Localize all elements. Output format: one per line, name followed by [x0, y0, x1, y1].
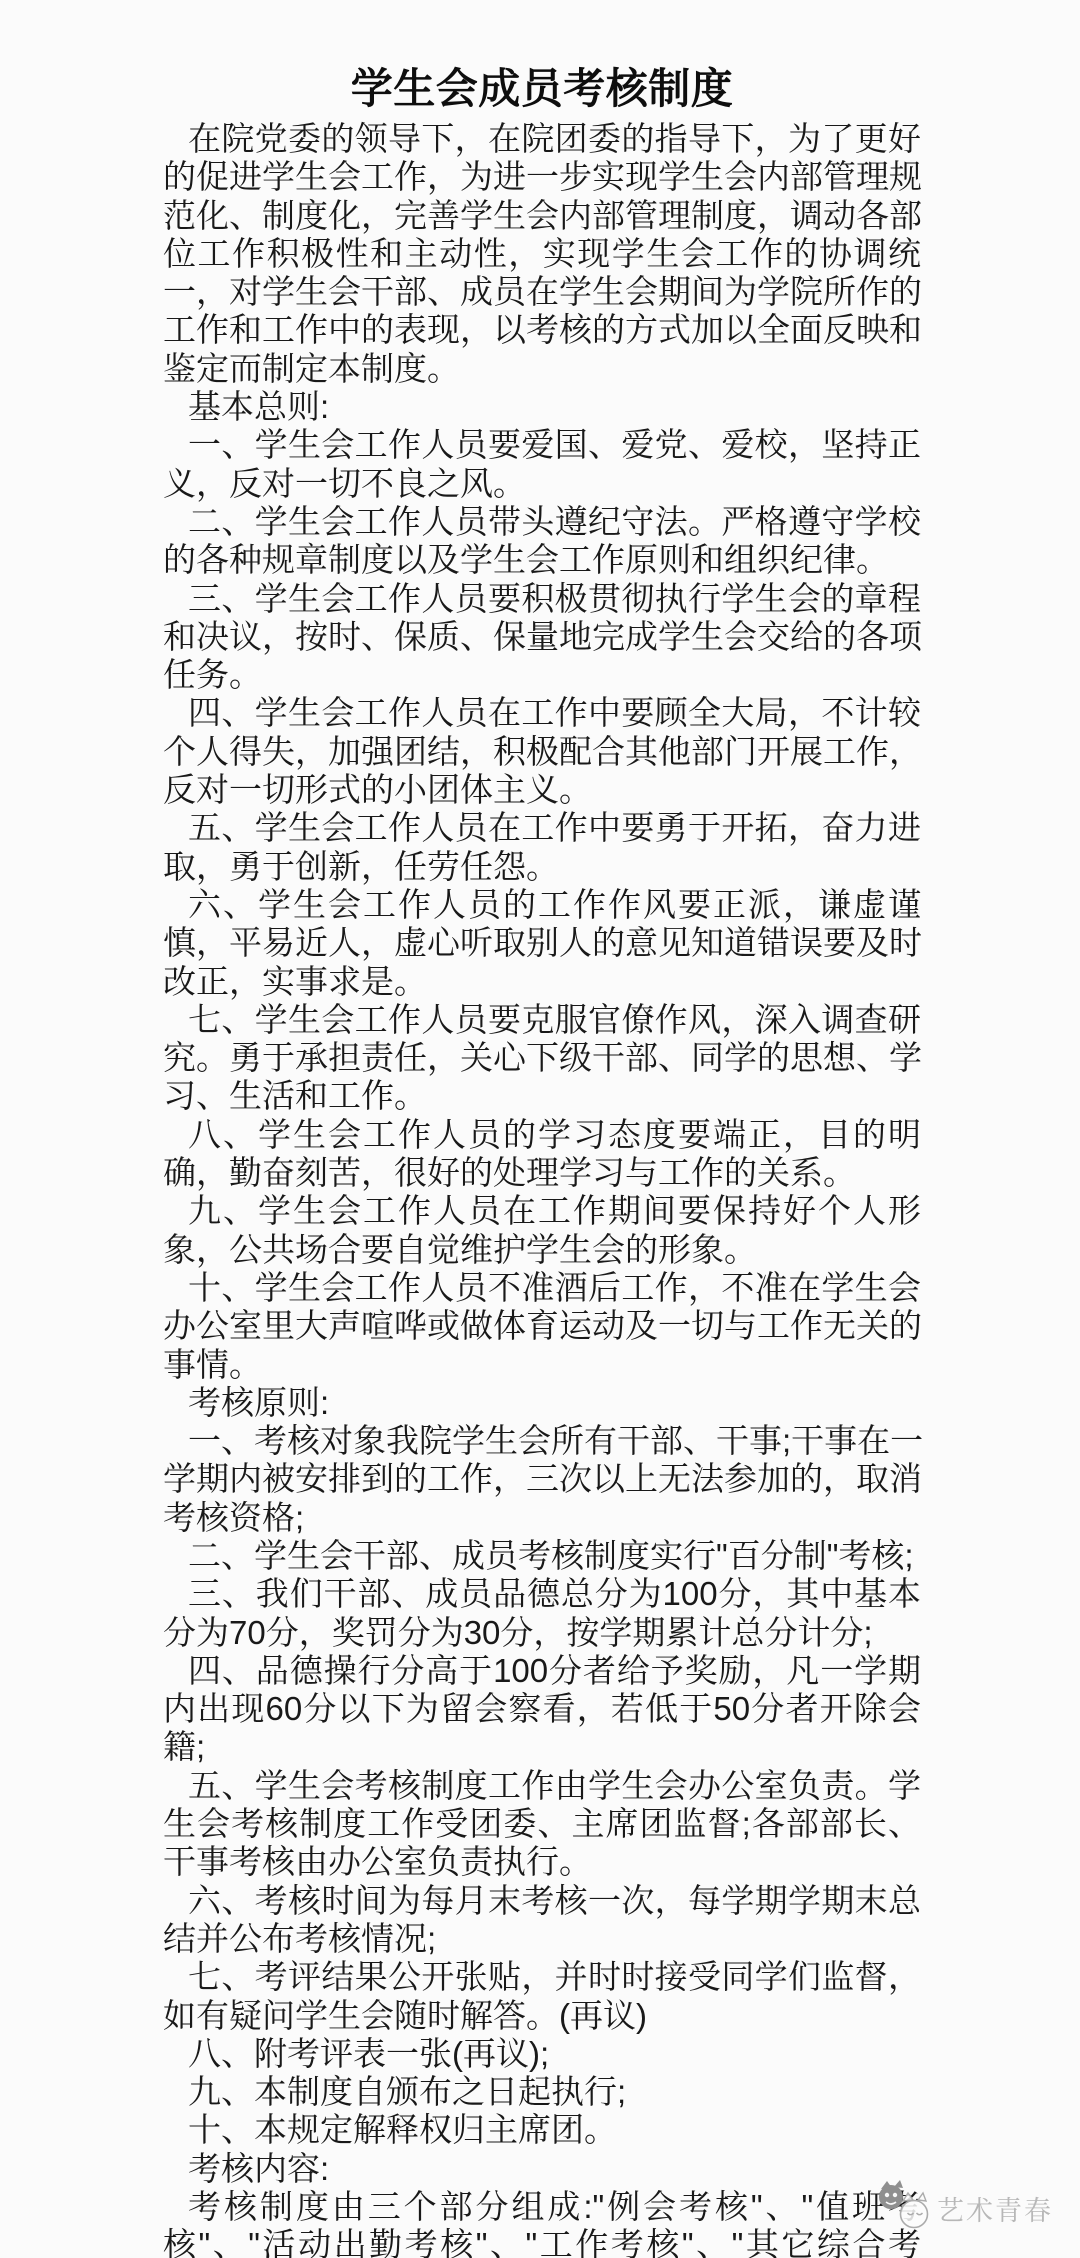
text-line: 一，对学生会干部、成员在学生会期间为学院所作的 [163, 273, 921, 311]
text-line: 干事考核由办公室负责执行。 [163, 1843, 921, 1881]
text-line: 义，反对一切不良之风。 [163, 465, 921, 503]
text-line: 四、学生会工作人员在工作中要顾全大局，不计较 [163, 694, 921, 732]
text-line: 四、品德操行分高于100分者给予奖励，凡一学期 [163, 1652, 921, 1690]
watermark-label: 艺术青春 [937, 2189, 1053, 2228]
text-line: 考核内容: [163, 2150, 921, 2188]
text-line: 三、我们干部、成员品德总分为100分，其中基本 [163, 1575, 921, 1613]
text-line: 一、考核对象我院学生会所有干部、干事;干事在一 [163, 1422, 921, 1460]
text-line: 慎，平易近人，虚心听取别人的意见知道错误要及时 [163, 924, 921, 962]
text-line: 一、学生会工作人员要爱国、爱党、爱校，坚持正 [163, 426, 921, 464]
text-line: 象，公共场合要自觉维护学生会的形象。 [163, 1231, 921, 1269]
text-line: 工作和工作中的表现，以考核的方式加以全面反映和 [163, 311, 921, 349]
text-line: 位工作积极性和主动性，实现学生会工作的协调统 [163, 235, 921, 273]
text-line: 六、考核时间为每月末考核一次，每学期学期末总 [163, 1882, 921, 1920]
text-line: 事情。 [163, 1346, 921, 1384]
text-line: 的促进学生会工作，为进一步实现学生会内部管理规 [163, 158, 921, 196]
document-body: 在院党委的领导下，在院团委的指导下，为了更好的促进学生会工作，为进一步实现学生会… [163, 120, 921, 2258]
text-line: 十、学生会工作人员不准酒后工作，不准在学生会 [163, 1269, 921, 1307]
text-line: 如有疑问学生会随时解答。(再议) [163, 1997, 921, 2035]
text-line: 核"、"活动出勤考核"、"工作考核"、"其它综合考 [163, 2226, 921, 2258]
text-line: 九、学生会工作人员在工作期间要保持好个人形 [163, 1192, 921, 1230]
text-line: 分为70分，奖罚分为30分，按学期累计总分计分; [163, 1614, 921, 1652]
watermark: 艺术青春 [876, 2180, 1053, 2236]
text-line: 五、学生会考核制度工作由学生会办公室负责。学 [163, 1767, 921, 1805]
text-line: 籍; [163, 1728, 921, 1766]
text-line: 生会考核制度工作受团委、主席团监督;各部部长、 [163, 1805, 921, 1843]
text-line: 反对一切形式的小团体主义。 [163, 771, 921, 809]
text-line: 考核制度由三个部分组成:"例会考核"、"值班考 [163, 2188, 921, 2226]
text-line: 基本总则: [163, 388, 921, 426]
text-line: 确，勤奋刻苦，很好的处理学习与工作的关系。 [163, 1154, 921, 1192]
text-line: 二、学生会工作人员带头遵纪守法。严格遵守学校 [163, 503, 921, 541]
text-line: 考核资格; [163, 1499, 921, 1537]
text-line: 学期内被安排到的工作，三次以上无法参加的，取消 [163, 1460, 921, 1498]
text-line: 内出现60分以下为留会察看，若低于50分者开除会 [163, 1690, 921, 1728]
text-line: 结并公布考核情况; [163, 1920, 921, 1958]
text-line: 改正，实事求是。 [163, 963, 921, 1001]
text-line: 考核原则: [163, 1384, 921, 1422]
text-line: 二、学生会干部、成员考核制度实行"百分制"考核; [163, 1537, 921, 1575]
document-page: { "page": { "background": "#fbfbfb", "te… [0, 0, 1080, 2258]
text-line: 鉴定而制定本制度。 [163, 350, 921, 388]
text-line: 在院党委的领导下，在院团委的指导下，为了更好 [163, 120, 921, 158]
text-line: 的各种规章制度以及学生会工作原则和组织纪律。 [163, 541, 921, 579]
text-line: 八、附考评表一张(再议); [163, 2035, 921, 2073]
document-title: 学生会成员考核制度 [163, 56, 921, 116]
text-line: 七、学生会工作人员要克服官僚作风，深入调查研 [163, 1001, 921, 1039]
mascot-faces-icon [876, 2180, 934, 2236]
text-line: 究。勇于承担责任，关心下级干部、同学的思想、学 [163, 1039, 921, 1077]
text-line: 办公室里大声喧哗或做体育运动及一切与工作无关的 [163, 1307, 921, 1345]
text-line: 个人得失，加强团结，积极配合其他部门开展工作， [163, 733, 921, 771]
text-line: 五、学生会工作人员在工作中要勇于开拓，奋力进 [163, 809, 921, 847]
text-line: 八、学生会工作人员的学习态度要端正，目的明 [163, 1116, 921, 1154]
text-line: 三、学生会工作人员要积极贯彻执行学生会的章程 [163, 580, 921, 618]
text-line: 取，勇于创新，任劳任怨。 [163, 848, 921, 886]
text-line: 任务。 [163, 656, 921, 694]
text-line: 习、生活和工作。 [163, 1077, 921, 1115]
text-line: 范化、制度化，完善学生会内部管理制度，调动各部 [163, 197, 921, 235]
text-line: 七、考评结果公开张贴，并时时接受同学们监督， [163, 1958, 921, 1996]
text-line: 六、学生会工作人员的工作作风要正派，谦虚谨 [163, 886, 921, 924]
text-line: 九、本制度自颁布之日起执行; [163, 2073, 921, 2111]
text-line: 十、本规定解释权归主席团。 [163, 2111, 921, 2149]
text-line: 和决议，按时、保质、保量地完成学生会交给的各项 [163, 618, 921, 656]
